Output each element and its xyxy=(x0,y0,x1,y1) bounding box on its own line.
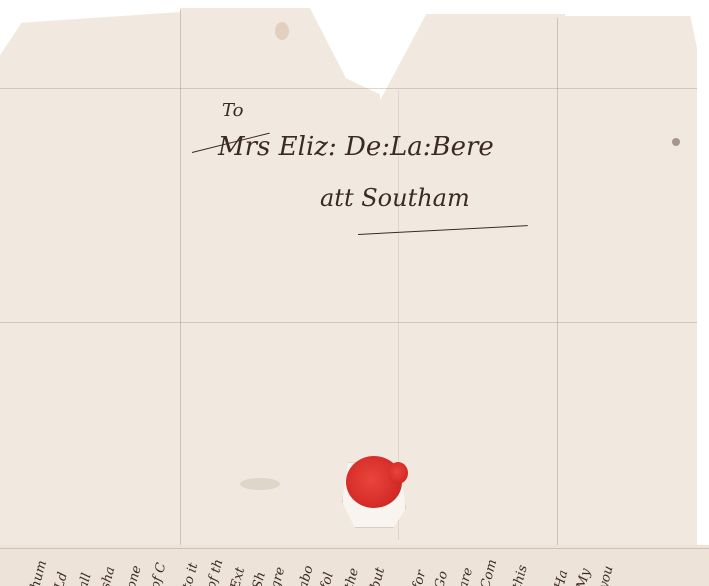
handwriting-fragment: one xyxy=(124,564,145,586)
stain xyxy=(275,22,289,40)
fold-line xyxy=(180,10,181,550)
handwriting-fragment: Ld xyxy=(52,571,71,586)
paper-panel-right xyxy=(565,16,697,552)
wax-seal-drip xyxy=(388,462,408,484)
handwriting-fragment: of th xyxy=(204,558,226,586)
handwriting-fragment: Sh xyxy=(250,570,269,586)
handwriting-fragment: Go xyxy=(432,569,451,586)
handwriting-fragment: hum xyxy=(28,559,50,586)
fold-line xyxy=(0,548,709,549)
bottom-strip-handwriting: hum Ld all sha one of C to it of th Sh E… xyxy=(0,545,709,586)
handwriting-fragment: the xyxy=(342,566,362,586)
handwriting-fragment: sha xyxy=(98,565,118,586)
stain xyxy=(672,138,680,146)
handwriting-fragment: gre xyxy=(268,566,288,586)
handwriting-fragment: you xyxy=(596,564,617,586)
handwriting-fragment: My xyxy=(574,567,594,586)
paper-panel-left-top xyxy=(0,12,180,552)
handwriting-fragment: all xyxy=(76,571,95,586)
address-to: To xyxy=(222,100,243,121)
fold-line xyxy=(0,88,697,89)
handwriting-fragment: are xyxy=(456,566,476,586)
handwriting-fragment: for xyxy=(410,569,429,586)
fold-line xyxy=(557,18,558,548)
handwriting-fragment: of C xyxy=(148,561,169,586)
fold-line xyxy=(0,322,697,323)
handwriting-fragment: Ext xyxy=(228,566,248,586)
handwriting-fragment: to it xyxy=(180,561,201,586)
handwriting-fragment: but xyxy=(368,566,388,586)
handwriting-fragment: fol xyxy=(318,571,337,586)
stain xyxy=(240,478,280,490)
handwriting-fragment: Com xyxy=(478,558,500,586)
handwriting-fragment: this xyxy=(510,563,531,586)
address-location: att Southam xyxy=(320,184,470,212)
handwriting-fragment: abo xyxy=(296,564,317,586)
address-recipient: Mrs Eliz: De:La:Bere xyxy=(218,132,494,162)
handwriting-fragment: Ha xyxy=(552,569,571,586)
